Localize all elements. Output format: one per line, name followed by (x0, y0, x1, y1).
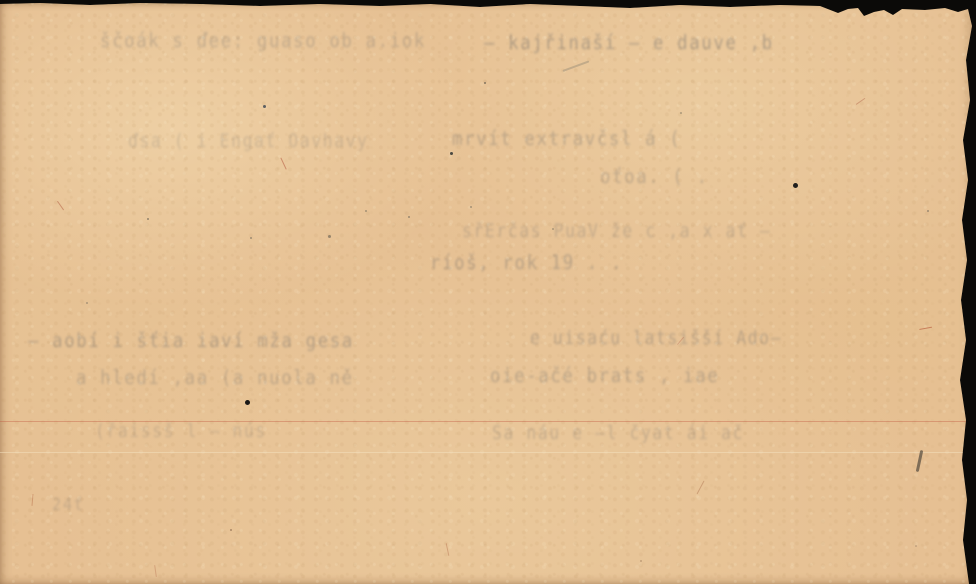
ink-speck (450, 152, 453, 155)
ghost-text-line: ríoš, rok 19 . . (430, 252, 623, 275)
paper-fiber (916, 450, 923, 472)
paper-fiber (697, 481, 705, 495)
ink-speck (86, 302, 88, 304)
paper-fiber (280, 157, 287, 169)
ghost-text-line: – aobí i šťia iaví mža gesa (28, 330, 354, 353)
paper-fiber (31, 494, 33, 506)
paper-fiber (562, 60, 589, 71)
ink-speck (470, 206, 472, 208)
ink-speck (408, 216, 410, 218)
ghost-text-line: a hledí ,aa (a nuola ně (76, 367, 354, 390)
paper-fiber (919, 327, 932, 331)
ink-speck (365, 210, 367, 212)
ghost-text-line: oťoa. ( . (600, 166, 709, 189)
ink-speck (680, 112, 682, 114)
ink-speck (915, 545, 917, 547)
ink-speck (328, 235, 331, 238)
ink-speck (484, 82, 486, 84)
ghost-text-line: 24ť (52, 494, 85, 515)
ghost-text-line: e uisaću latsišší Ado– (530, 327, 782, 349)
ink-speck (640, 560, 642, 562)
ink-speck (147, 218, 149, 220)
ghost-text-line: mrvít extravčsl á ( (452, 128, 681, 151)
ghost-text-line: sřErčas PuaV že c ,a x ať – (462, 220, 771, 242)
ghost-text-line: ščoák s ďee: guaso ob a.iok (100, 30, 426, 53)
ink-speck (245, 400, 250, 405)
ghost-text-line: oie-ačé brats , iae (490, 365, 719, 388)
ink-speck (263, 105, 266, 108)
paper-card: ščoák s ďee: guaso ob a.iok– kajřinaší –… (0, 0, 976, 584)
paper-texture (0, 0, 976, 584)
paper-fiber (57, 201, 64, 211)
ink-speck (250, 237, 252, 239)
ink-speck (927, 210, 929, 212)
paper-fiber (856, 98, 866, 105)
ink-speck (552, 228, 554, 230)
scanned-card: ščoák s ďee: guaso ob a.iok– kajřinaší –… (0, 0, 976, 584)
ghost-text-line: (řaissš l — nús (95, 420, 267, 442)
ink-speck (230, 529, 232, 531)
ghost-text-line: ďsa ( i Engať Oavhavy (128, 130, 369, 152)
ghost-text-line: Sa náu e –l čyat ái ač (492, 422, 744, 444)
ruled-line (0, 452, 976, 453)
ink-speck (793, 183, 798, 188)
paper-fiber (446, 543, 450, 556)
paper-fiber (154, 565, 157, 577)
ghost-text-line: – kajřinaší – e dauve ,b (484, 32, 774, 55)
